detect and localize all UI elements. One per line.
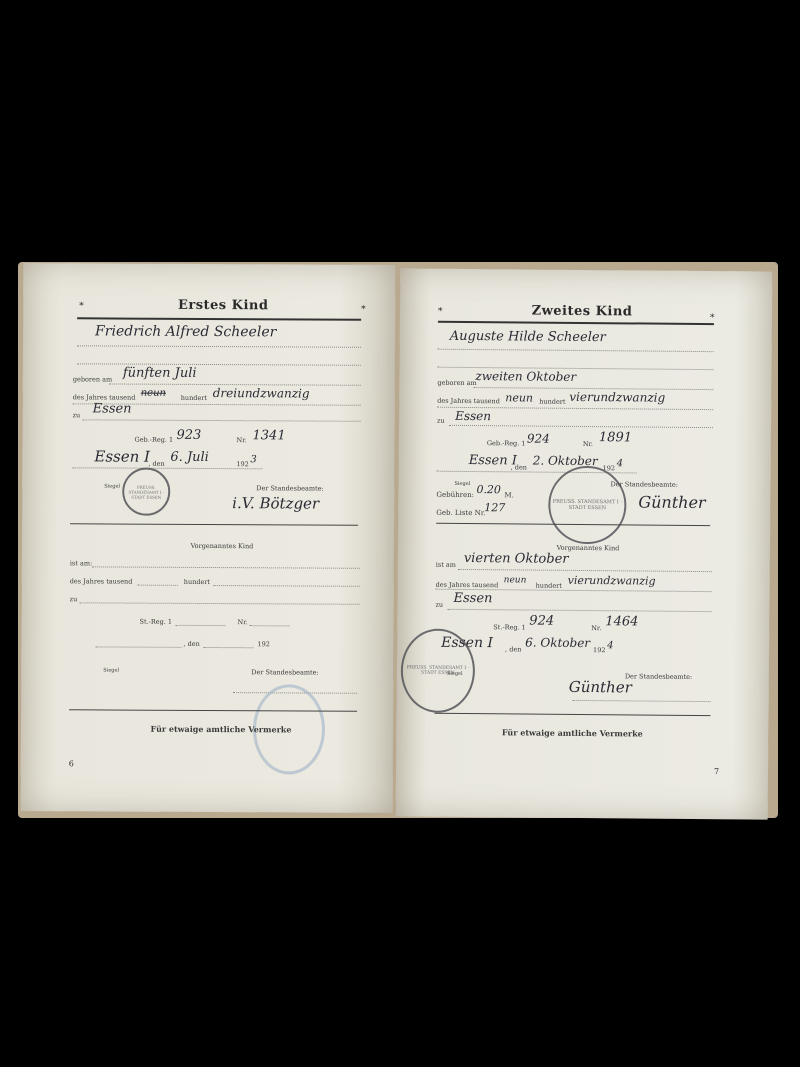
deceased-reg-label: St.-Reg. 1 [140, 618, 173, 626]
star-ornament: * [361, 305, 366, 315]
nr-value: 1341 [252, 428, 285, 443]
fees-value: 0.20 [476, 483, 501, 496]
official-seal: PREUSS. STANDESAMT I · STADT ESSEN [122, 468, 170, 516]
den-label: , den [148, 460, 164, 468]
year-label: des Jahres tausend [73, 393, 136, 401]
star-ornament: * [438, 307, 443, 317]
place-label: zu [73, 411, 81, 419]
deceased-hundred-label: hundert [536, 582, 562, 590]
seal-label: Siegel [454, 481, 470, 487]
born-label: geboren am [73, 375, 112, 383]
star-ornament: * [710, 313, 715, 323]
dotted-line [458, 569, 712, 572]
nr-label: Nr. [583, 440, 593, 448]
dotted-line [447, 609, 711, 612]
dotted-line [95, 646, 181, 647]
heading-rule [438, 321, 714, 325]
nr-value: 1891 [599, 430, 632, 445]
deceased-hundred-label: hundert [184, 578, 210, 586]
official-label: Der Standesbeamte: [256, 484, 323, 492]
section-rule [435, 713, 711, 716]
fees-unit: M. [504, 491, 513, 499]
seal-label: Siegel [104, 483, 120, 489]
reg-label: Geb.-Reg. 1 [487, 439, 526, 447]
dotted-line [77, 363, 361, 365]
dotted-line [449, 425, 713, 428]
nr-label: Nr. [236, 436, 246, 444]
den-label: , den [511, 463, 527, 471]
page-number: 7 [714, 767, 719, 776]
year-suffix: 4 [617, 458, 623, 469]
issued-place: Essen I [94, 447, 150, 465]
deceased-nr-value: 1464 [605, 614, 638, 629]
deceased-year-rest: vierundzwanzig [568, 574, 656, 588]
born-label: geboren am [437, 379, 476, 387]
year-label: des Jahres tausend [437, 397, 500, 406]
deceased-den-label: , den [505, 645, 521, 653]
official-signature: i.V. Bötzger [232, 494, 319, 512]
deceased-day: vierten Oktober [464, 551, 569, 567]
dotted-line [77, 345, 361, 347]
deceased-year-label: des Jahres tausend [70, 577, 133, 585]
star-ornament: * [79, 301, 84, 311]
dotted-line [573, 700, 711, 702]
reg-label: Geb.-Reg. 1 [134, 436, 173, 444]
fees-label: Gebühren: [436, 491, 474, 499]
official-label: Der Standesbeamte: [610, 480, 677, 489]
year-hundreds: neun [505, 391, 533, 404]
deceased-official-label: Der Standesbeamte: [251, 668, 318, 676]
dotted-line [92, 566, 360, 568]
hundred-label: hundert [539, 398, 565, 406]
dotted-line [83, 419, 361, 421]
dotted-line [250, 625, 290, 626]
deceased-place-label: zu [435, 601, 443, 609]
deceased-place: Essen [453, 591, 492, 606]
deceased-nr-label: Nr. [238, 618, 248, 626]
place: Essen [93, 401, 132, 416]
year-suffix: 3 [250, 454, 256, 465]
deceased-reg-label: St.-Reg. 1 [493, 623, 526, 631]
reg-value: 924 [527, 431, 550, 445]
place: Essen [455, 409, 491, 423]
hundred-label: hundert [181, 394, 207, 402]
born-day: fünften Juli [123, 366, 197, 381]
dotted-line [203, 647, 253, 648]
deceased-year-prefix: 192 [257, 640, 269, 648]
deceased-official-label: Der Standesbeamte: [625, 672, 692, 681]
deceased-seal-label: Siegel [103, 667, 119, 673]
year-rest: vierundzwanzig [569, 390, 665, 405]
deceased-official-signature: Günther [569, 678, 632, 697]
fee-list-value: 127 [484, 501, 505, 514]
year-rest: dreiundzwanzig [213, 386, 310, 401]
section-rule [70, 523, 358, 526]
reg-value: 923 [176, 428, 201, 443]
place-label: zu [437, 417, 445, 425]
issued-date: 6. Juli [170, 450, 209, 465]
deceased-reg-value: 924 [529, 614, 554, 629]
born-day: zweiten Oktober [475, 369, 576, 384]
child-name: Friedrich Alfred Scheeler [95, 323, 276, 340]
dotted-line [176, 625, 226, 626]
left-page: * Erstes Kind * Friedrich Alfred Scheele… [21, 263, 396, 813]
official-seal-2: PREUSS. STANDESAMT I · STADT ESSEN [401, 628, 476, 713]
deceased-den-label: , den [183, 640, 199, 648]
deceased-ist-am: ist am [436, 561, 456, 569]
remarks-heading: Für etwaige amtliche Vermerke [121, 724, 321, 735]
deceased-seal-label: Siegel [447, 671, 463, 677]
page-heading: Zweites Kind [482, 303, 682, 320]
deceased-heading: Vorgenanntes Kind [122, 542, 322, 551]
child-name: Auguste Hilde Scheeler [450, 329, 606, 345]
year-hundreds: neun [141, 388, 166, 399]
deceased-year-suffix: 4 [607, 640, 613, 651]
official-seal: PREUSS. STANDESAMT I · STADT ESSEN [548, 466, 627, 545]
deceased-year-prefix: 192 [593, 646, 605, 654]
deceased-nr-label: Nr. [591, 624, 601, 632]
deceased-ist-am: ist am: [70, 559, 92, 567]
deceased-year-hundreds: neun [504, 575, 527, 585]
dotted-line [438, 349, 714, 352]
dotted-line [138, 585, 178, 586]
deceased-issued-date: 6. Oktober [525, 635, 590, 650]
page-number: 6 [69, 759, 74, 768]
right-page: * Zweites Kind * Auguste Hilde Scheeler … [396, 268, 773, 819]
dotted-line [80, 602, 360, 604]
fee-list-label: Geb. Liste Nr. [436, 509, 485, 517]
dotted-line [214, 585, 360, 587]
dotted-line [72, 467, 262, 469]
section-rule [69, 709, 357, 712]
heading-rule [77, 317, 361, 320]
deceased-place-label: zu [70, 595, 78, 603]
page-heading: Erstes Kind [123, 298, 323, 314]
year-prefix: 192 [236, 460, 248, 468]
official-signature: Günther [638, 492, 705, 512]
remarks-heading: Für etwaige amtliche Vermerke [472, 727, 672, 739]
